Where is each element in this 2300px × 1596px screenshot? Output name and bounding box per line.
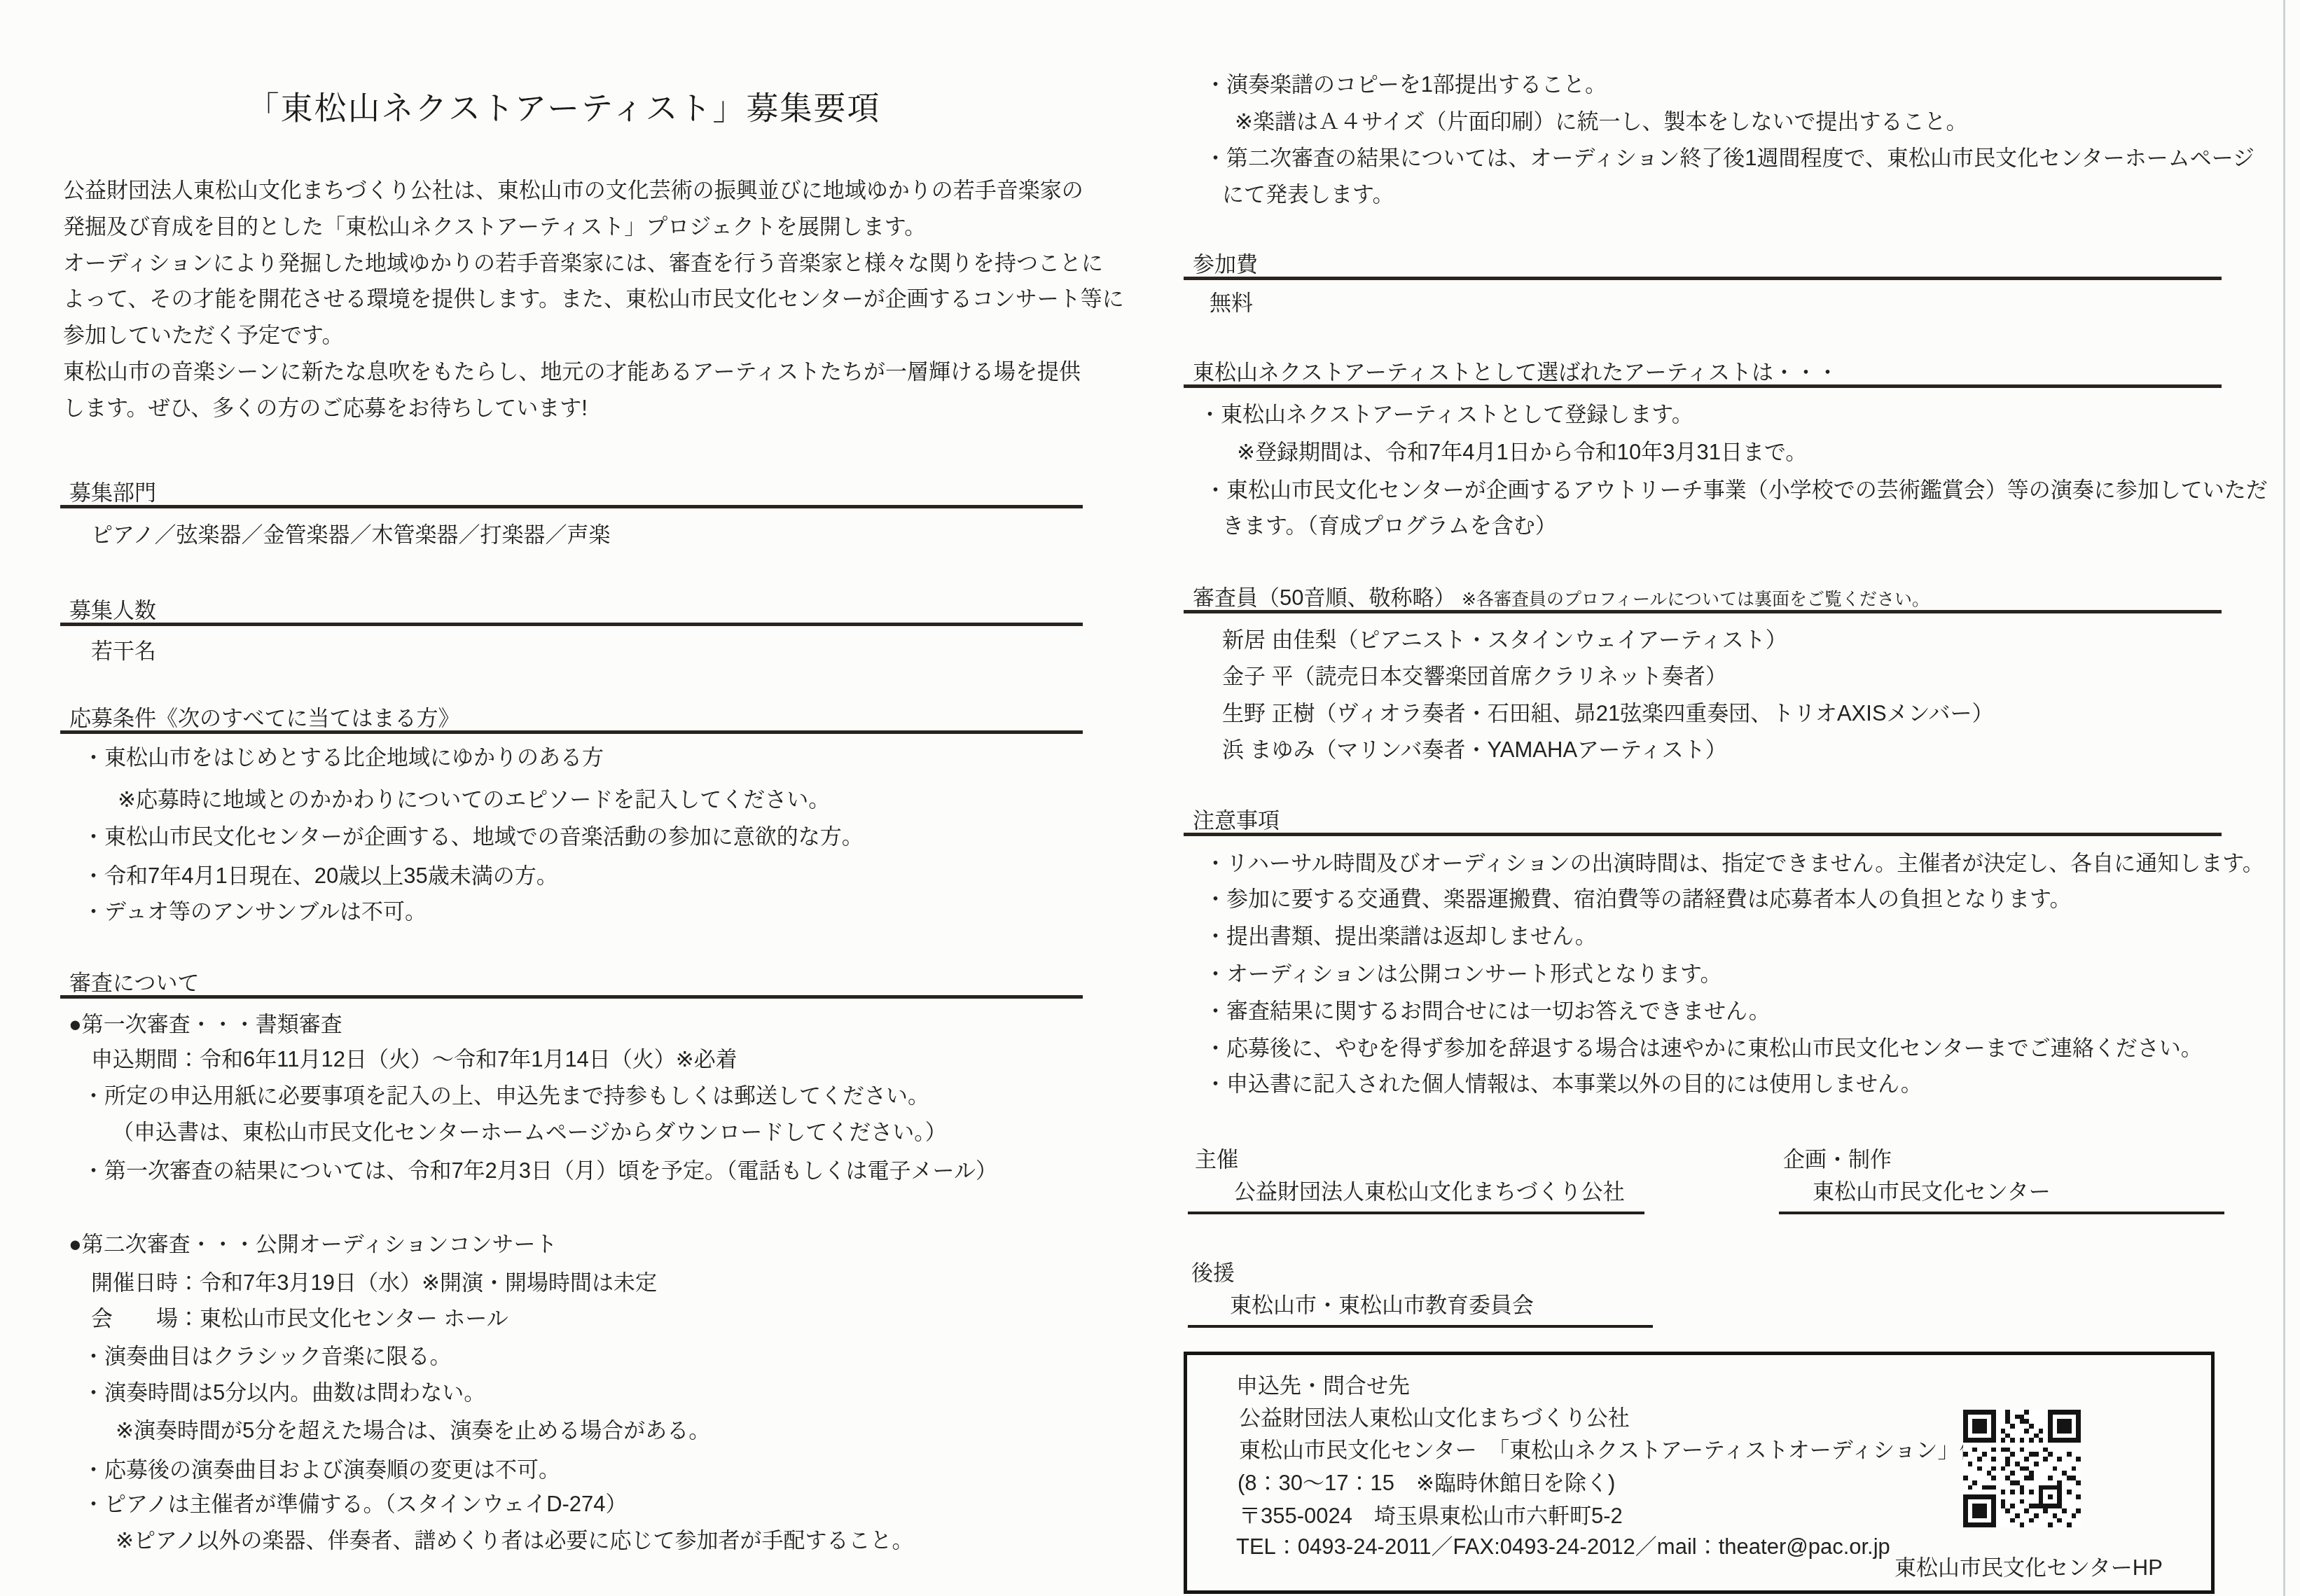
notes-item: ・応募後に、やむを得ず参加を辞退する場合は速やかに東松山市民文化センターまでご連… [1205,1034,2203,1062]
condition-item: ・デュオ等のアンサンブルは不可。 [83,898,427,926]
intro-line-7: します。ぜひ、多くの方のご応募をお待ちしています! [63,394,588,422]
judge-name: 浜 まゆみ（マリンバ奏者・YAMAHAアーティスト） [1222,736,1727,764]
second-screening-title: ●第二次審査・・・公開オーディションコンサート [69,1230,557,1258]
intro-line-5: 参加していただく予定です。 [63,321,344,349]
intro-line-2: 発掘及び育成を目的とした「東松山ネクストアーティスト」プロジェクトを展開します。 [63,213,926,241]
intro-line-1: 公益財団法人東松山文化まちづくり公社は、東松山市の文化芸術の振興並びに地域ゆかり… [63,176,1083,204]
section-heading-selected-artists: 東松山ネクストアーティストとして選ばれたアーティストは・・・ [1184,359,2222,388]
planning-heading: 企画・制作 [1783,1146,1892,1174]
contact-address: 〒355-0024 埼玉県東松山市六軒町5-2 [1239,1502,1623,1530]
fee-value: 無料 [1210,289,1253,317]
organizer-heading: 主催 [1195,1146,1238,1174]
notes-item: ・リハーサル時間及びオーディションの出演時間は、指定できません。主催者が決定し、… [1205,849,2264,877]
condition-item: ・東松山市民文化センターが企画する、地域での音楽活動の参加に意欲的な方。 [83,823,864,851]
condition-item: ・令和7年4月1日現在、20歳以上35歳未満の方。 [83,862,558,890]
second-screening-note: ※演奏時間が5分を超えた場合は、演奏を止める場合がある。 [116,1417,710,1445]
judges-heading-label: 審査員（50音順、敬称略） [1193,585,1455,610]
judges-heading-note: ※各審査員のプロフィールについては裏面をご覧ください。 [1462,590,1930,609]
support-heading: 後援 [1191,1259,1235,1287]
notes-item: ・参加に要する交通費、楽器運搬費、宿泊費等の諸経費は応募者本人の負担となります。 [1205,885,2072,913]
judge-name: 新居 由佳梨（ピアニスト・スタインウェイアーティスト） [1222,626,1787,654]
scan-edge-artifact [2283,0,2285,1596]
page-title: 「東松山ネクストアーティスト」募集要項 [42,88,1086,127]
contact-org: 公益財団法人東松山文化まちづくり公社 [1239,1404,1630,1432]
contact-box: 申込先・問合せ先 公益財団法人東松山文化まちづくり公社 東松山市民文化センター … [1184,1352,2215,1594]
selected-note: ※登録期間は、令和7年4月1日から令和10年3月31日まで。 [1237,438,1807,466]
first-screening-period: 申込期間：令和6年11月12日（火）～令和7年1月14日（火）※必着 [91,1046,737,1074]
section-heading-judges: 審査員（50音順、敬称略） ※各審査員のプロフィールについては裏面をご覧ください… [1184,584,2222,613]
section-heading-fee: 参加費 [1184,251,2222,280]
support-value: 東松山市・東松山市教育委員会 [1188,1293,1534,1317]
selected-item-continued: きます。（育成プログラムを含む） [1222,512,1557,540]
contact-hours: (8：30～17：15 ※臨時休館日を除く) [1238,1469,1615,1497]
second-screening-venue: 会 場：東松山市民文化センター ホール [91,1305,508,1333]
qr-code [1963,1410,2081,1527]
contact-tel-fax-mail: TEL：0493-24-2011／FAX:0493-24-2012／mail：t… [1236,1533,1890,1561]
recruitment-guidelines-document: 「東松山ネクストアーティスト」募集要項 公益財団法人東松山文化まちづくり公社は、… [0,0,2300,1596]
first-screening-item: ・第一次審査の結果については、令和7年2月3日（月）頃を予定。（電話もしくは電子… [83,1157,997,1185]
selected-item: ・東松山市民文化センターが企画するアウトリーチ事業（小学校での芸術鑑賞会）等の演… [1205,476,2268,504]
notes-item: ・オーディションは公開コンサート形式となります。 [1205,960,1721,988]
section-heading-screening: 審査について [60,969,1083,999]
planning-value: 東松山市民文化センター [1779,1179,2051,1204]
first-screening-title: ●第一次審査・・・書類審査 [69,1011,342,1039]
recruit-headcount-value: 若干名 [91,637,156,665]
notes-item: ・提出書類、提出楽譜は返却しません。 [1205,922,1597,950]
contact-dept: 東松山市民文化センター 「東松山ネクストアーティストオーディション」係 [1239,1436,1981,1464]
second-screening-note: ※ピアノ以外の楽器、伴奏者、譜めくり者は必要に応じて参加者が手配すること。 [116,1527,914,1555]
judge-name: 生野 正樹（ヴィオラ奏者・石田組、昴21弦楽四重奏団、トリオAXISメンバー） [1222,700,1993,728]
intro-line-6: 東松山市の音楽シーンに新たな息吹をもたらし、地元の才能あるアーティストたちが一層… [63,358,1081,386]
qr-caption: 東松山市民文化センターHP [1894,1554,2147,1582]
section-heading-conditions: 応募条件《次のすべてに当てはまる方》 [60,705,1083,734]
organizer-value-underlined: 公益財団法人東松山文化まちづくり公社 [1188,1178,1644,1214]
intro-line-3: オーディションにより発掘した地域ゆかりの若手音楽家には、審査を行う音楽家と様々な… [63,249,1103,277]
second-screening-item: ・ピアノは主催者が準備する。（スタインウェイD-274） [83,1490,628,1518]
section-heading-notes: 注意事項 [1184,807,2222,836]
planning-value-underlined: 東松山市民文化センター [1779,1178,2224,1214]
submission-item: ・演奏楽譜のコピーを1部提出すること。 [1205,71,1607,99]
second-screening-item: ・応募後の演奏曲目および演奏順の変更は不可。 [83,1456,560,1484]
second-screening-item: ・演奏時間は5分以内。曲数は問わない。 [83,1379,485,1407]
submission-item: ・第二次審査の結果については、オーディション終了後1週間程度で、東松山市民文化セ… [1205,144,2254,172]
condition-item: ・東松山市をはじめとする比企地域にゆかりのある方 [83,744,604,772]
contact-title: 申込先・問合せ先 [1236,1372,1410,1400]
notes-item: ・申込書に記入された個人情報は、本事業以外の目的には使用しません。 [1205,1070,1923,1098]
section-heading-recruit-category: 募集部門 [60,479,1083,508]
submission-note: ※楽譜はＡ４サイズ（片面印刷）に統一し、製本をしないで提出すること。 [1235,108,1968,136]
first-screening-item: ・所定の申込用紙に必要事項を記入の上、申込先まで持参もしくは郵送してください。 [83,1082,929,1110]
submission-item-continued: にて発表します。 [1222,181,1394,209]
support-value-underlined: 東松山市・東松山市教育委員会 [1188,1291,1653,1328]
section-heading-recruit-headcount: 募集人数 [60,597,1083,626]
notes-item: ・審査結果に関するお問合せには一切お答えできません。 [1205,997,1771,1025]
first-screening-note: （申込書は、東松山市民文化センターホームページからダウンロードしてください。） [112,1118,947,1146]
condition-note: ※応募時に地域とのかかわりについてのエピソードを記入してください。 [118,786,830,814]
recruit-category-value: ピアノ／弦楽器／金管楽器／木管楽器／打楽器／声楽 [91,521,611,549]
selected-item: ・東松山ネクストアーティストとして登録します。 [1199,401,1693,429]
judge-name: 金子 平（読売日本交響楽団首席クラリネット奏者） [1222,662,1727,691]
second-screening-date: 開催日時：令和7年3月19日（水）※開演・開場時間は未定 [91,1269,657,1297]
organizer-value: 公益財団法人東松山文化まちづくり公社 [1188,1179,1625,1204]
second-screening-item: ・演奏曲目はクラシック音楽に限る。 [83,1342,451,1371]
intro-line-4: よって、その才能を開花させる環境を提供します。また、東松山市民文化センターが企画… [63,285,1124,313]
